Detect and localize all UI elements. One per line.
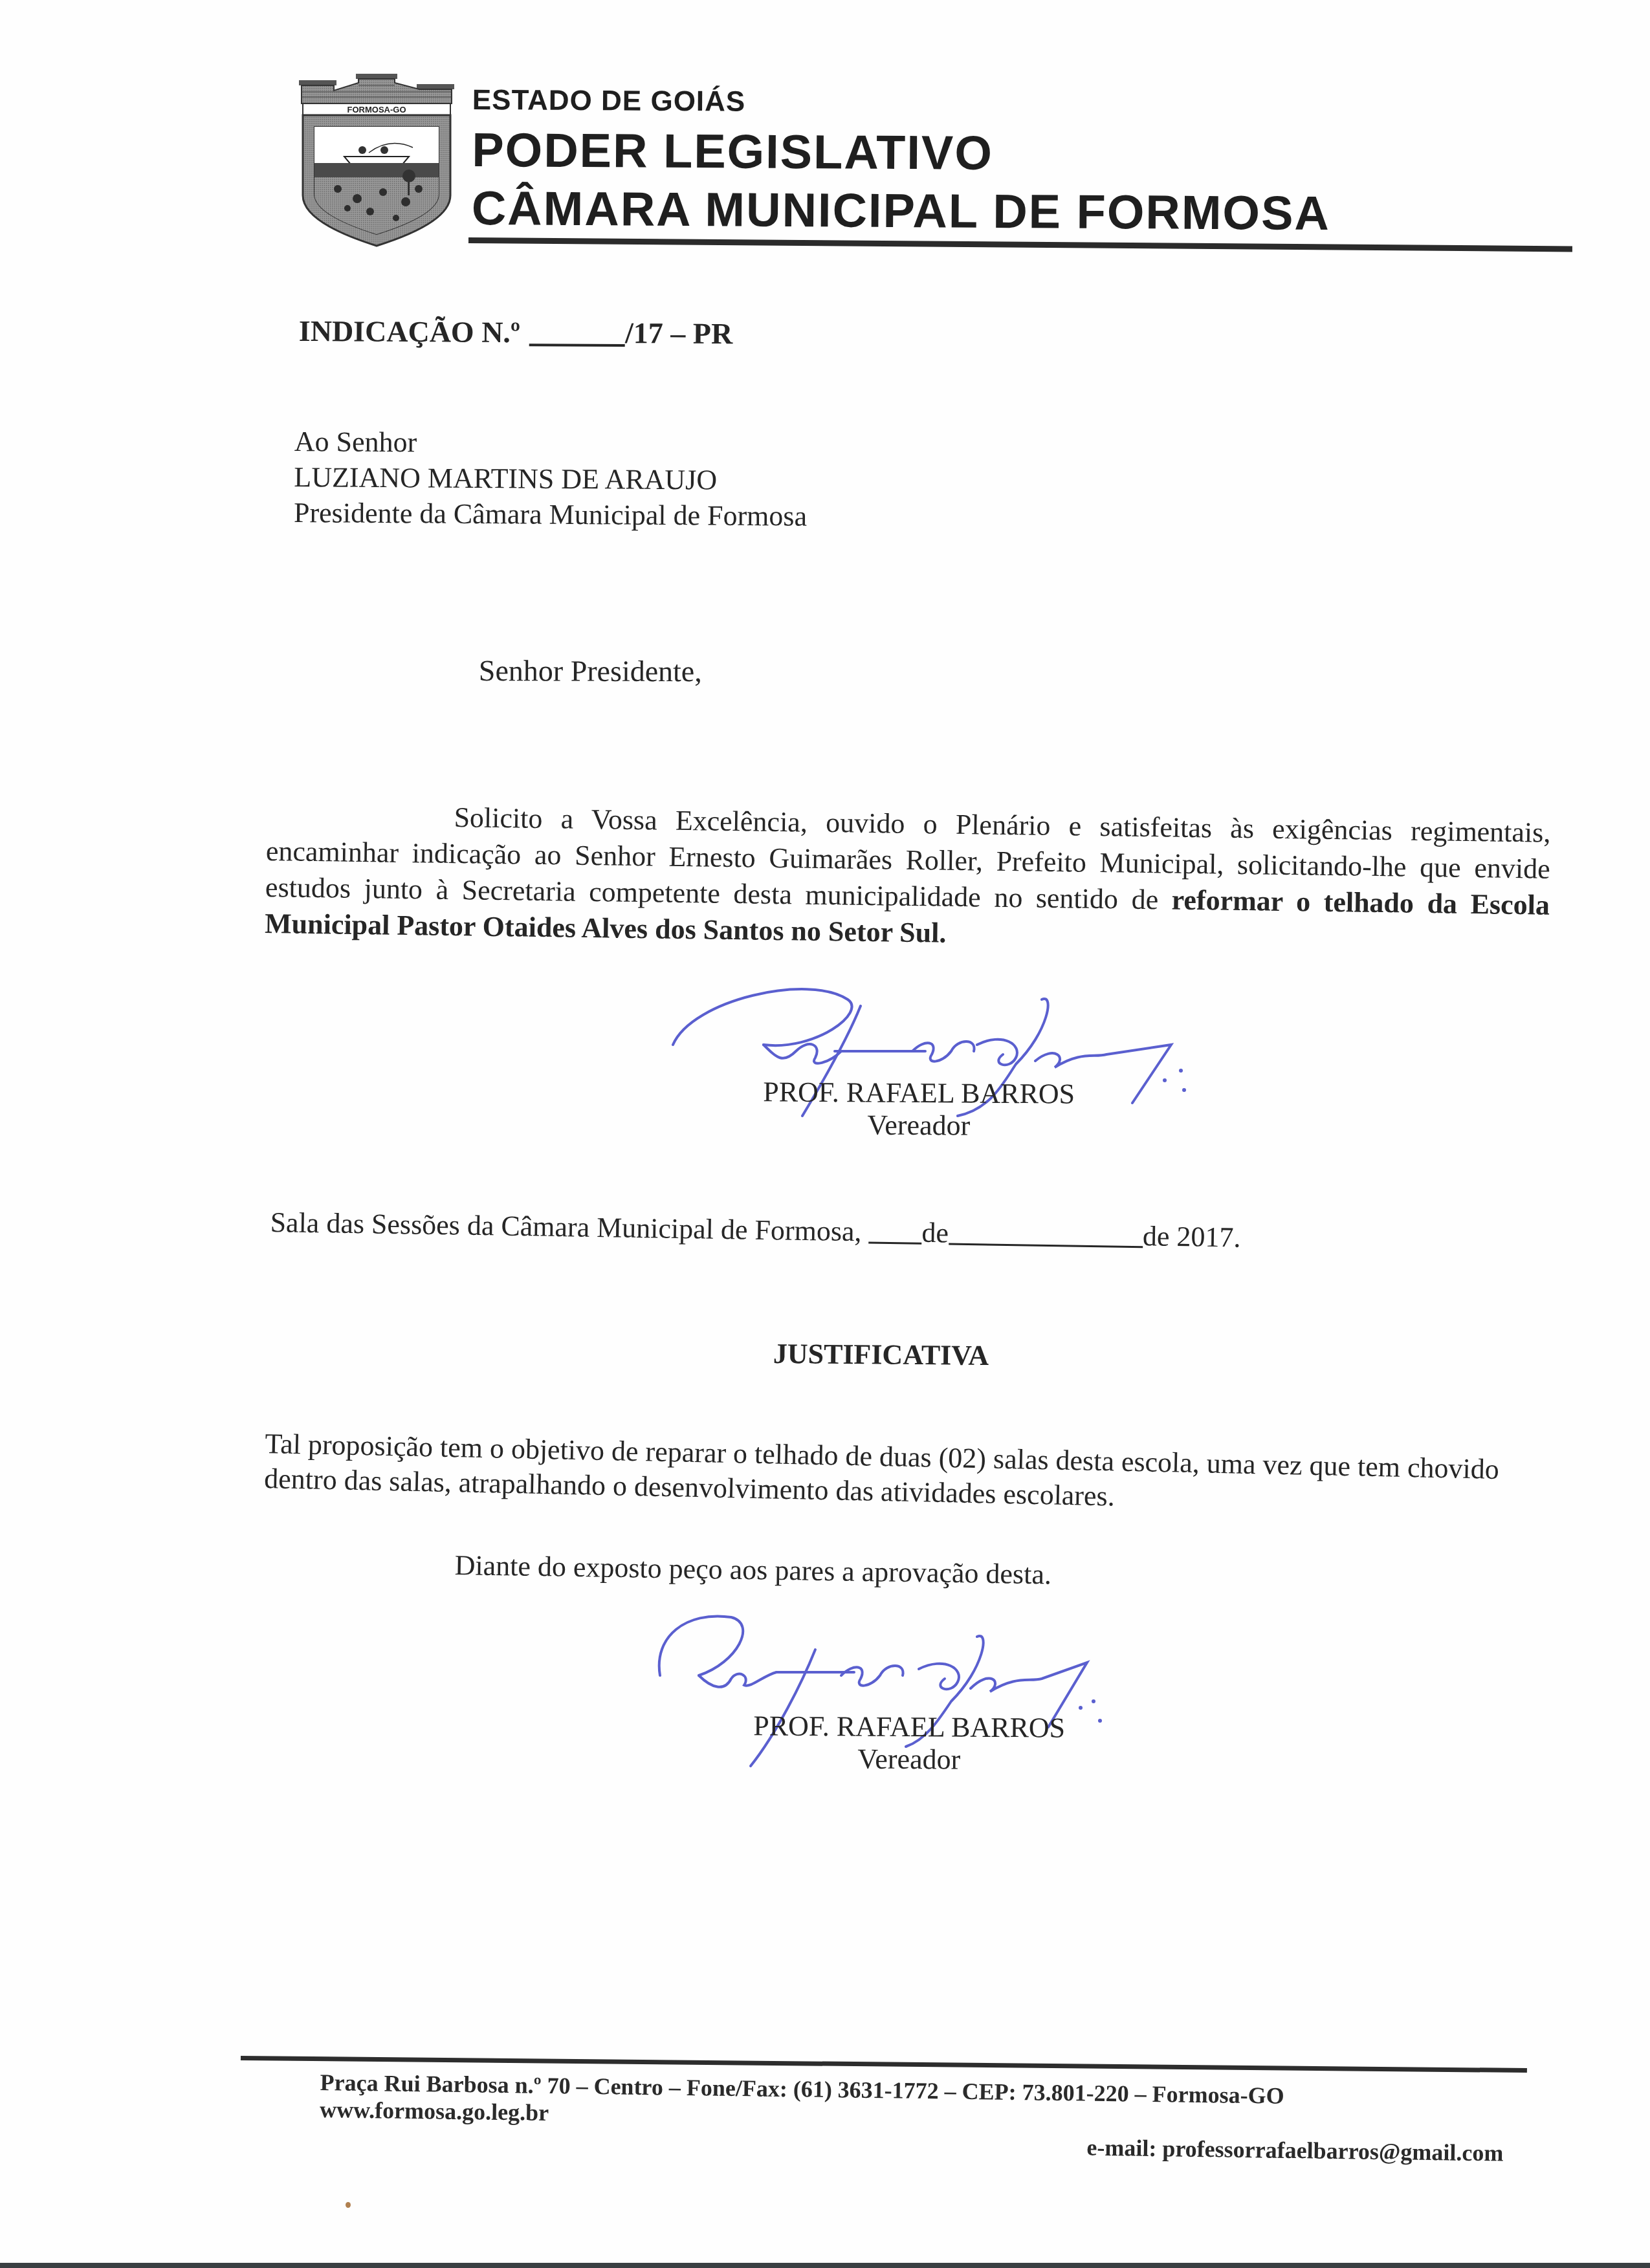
signature-block-2: PROF. RAFAEL BARROS Vereador	[709, 1710, 1110, 1777]
footer-email: e-mail: professorrafaelbarros@gmail.com	[1086, 2134, 1504, 2167]
signer-name: PROF. RAFAEL BARROS	[709, 1710, 1110, 1745]
session-day-sep: de	[921, 1217, 949, 1249]
session-date-line: Sala das Sessões da Câmara Municipal de …	[270, 1206, 1241, 1254]
day-blank	[868, 1219, 922, 1245]
crest-banner-text: FORMOSA-GO	[347, 105, 406, 114]
closing-sentence: Diante do exposto peço aos pares a aprov…	[454, 1549, 1051, 1591]
request-paragraph: Solicito a Vossa Excelência, ouvido o Pl…	[265, 797, 1551, 960]
indication-prefix: INDICAÇÃO N.º	[299, 314, 521, 349]
session-place: Sala das Sessões da Câmara Municipal de …	[270, 1206, 862, 1247]
salutation: Senhor Presidente,	[479, 655, 702, 688]
session-year: de 2017.	[1143, 1220, 1241, 1253]
addressee-title: Presidente da Câmara Municipal de Formos…	[294, 495, 807, 534]
municipal-crest-icon: FORMOSA-GO	[299, 72, 454, 247]
header-divider	[468, 237, 1572, 252]
paper-stain	[346, 2202, 351, 2208]
addressee-greeting: Ao Senhor	[294, 424, 808, 463]
justification-paragraph: Tal proposição tem o objetivo de reparar…	[264, 1426, 1534, 1523]
month-blank	[949, 1219, 1143, 1248]
justification-title: JUSTIFICATIVA	[773, 1338, 989, 1372]
chamber-name: CÂMARA MUNICIPAL DE FORMOSA	[472, 181, 1331, 241]
document-page: FORMOSA-GO ESTADO DE GOIÁS PODER LEGISLA…	[0, 0, 1650, 2268]
signer-role: Vereador	[709, 1742, 1110, 1777]
addressee-block: Ao Senhor LUZIANO MARTINS DE ARAUJO Pres…	[294, 424, 808, 534]
letterhead: ESTADO DE GOIÁS PODER LEGISLATIVO CÂMARA…	[472, 84, 1331, 241]
footer: Praça Rui Barbosa n.º 70 – Centro – Fone…	[320, 2069, 1504, 2140]
indication-suffix: /17 – PR	[625, 316, 732, 350]
addressee-name: LUZIANO MARTINS DE ARAUJO	[294, 459, 807, 499]
scan-edge	[0, 2263, 1650, 2268]
signer-role: Vereador	[718, 1108, 1119, 1143]
state-name: ESTADO DE GOIÁS	[472, 84, 1331, 122]
signature-block-1: PROF. RAFAEL BARROS Vereador	[718, 1076, 1120, 1143]
indication-number-blank	[529, 320, 625, 347]
signer-name: PROF. RAFAEL BARROS	[718, 1076, 1119, 1111]
legislative-power-title: PODER LEGISLATIVO	[472, 123, 1331, 182]
indication-heading: INDICAÇÃO N.º/17 – PR	[299, 315, 733, 350]
